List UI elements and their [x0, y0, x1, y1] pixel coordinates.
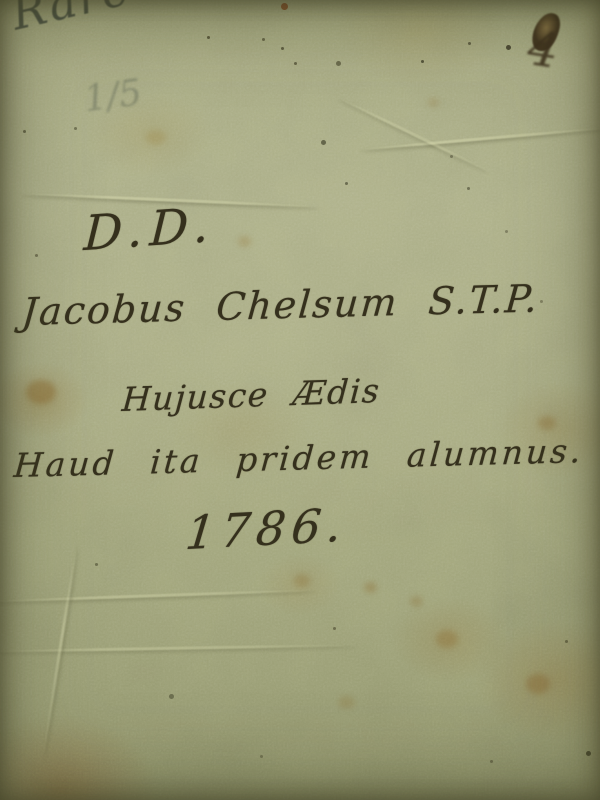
paper-crease-vertical	[41, 546, 78, 759]
fox-stain	[26, 380, 56, 404]
paper-crease	[360, 126, 600, 151]
pencil-note-rare: Rare	[6, 0, 135, 41]
ink-figure-4: 4	[524, 20, 563, 80]
inscription-year: 1786.	[183, 497, 350, 560]
paper-crease	[337, 96, 491, 173]
fox-stain	[538, 416, 556, 430]
pencil-price-code: 1/5	[81, 72, 144, 121]
flyleaf-photo: Rare 1/5 4 D.D. Jacobus Chelsum S.T.P. H…	[0, 0, 600, 800]
inscription-line-aedis: Hujusce Ædis	[121, 371, 382, 419]
inscription-line-initials: D.D.	[83, 197, 218, 263]
paper-crease	[0, 644, 358, 653]
ink-blot-mark: 4	[526, 6, 572, 92]
fox-stain	[294, 574, 310, 587]
paper-crease	[0, 588, 318, 603]
inscription-line-alumnus: Haud ita pridem alumnus.	[12, 431, 585, 485]
fox-stain	[436, 630, 458, 648]
ink-specks	[0, 0, 3, 3]
fox-stain	[364, 582, 377, 593]
inscription-line-name: Jacobus Chelsum S.T.P.	[20, 276, 541, 334]
fox-stain	[428, 98, 439, 107]
fox-stain	[146, 130, 166, 145]
fox-stain	[338, 696, 355, 709]
fox-stain	[410, 596, 423, 607]
fox-stain	[238, 236, 251, 247]
fox-stain	[526, 674, 550, 694]
